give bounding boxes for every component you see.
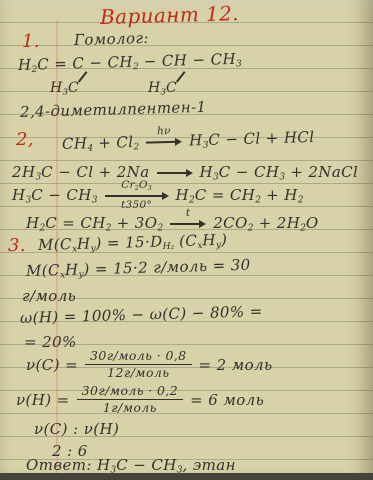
bond-slash-icon <box>176 71 185 82</box>
arrow-condition-above: t <box>186 208 191 220</box>
methyl-branch-2: H3C <box>148 80 177 96</box>
compound-name: 2,4-диметилпентен-1 <box>20 98 207 121</box>
moles-carbon-label: ν(C) = <box>26 356 78 374</box>
moles-carbon-equation: ν(C) = 30г/моль · 0,8 12г/моль = 2 моль <box>26 348 273 382</box>
arrow-condition-above: Cr2O3 <box>121 180 152 192</box>
reaction-rhs: H3C − Cl + HCl <box>189 128 315 151</box>
moles-hydrogen-label: ν(H) = <box>16 391 70 409</box>
task2-number: 2, <box>16 129 34 150</box>
moles-hydrogen-equation: ν(H) = 30г/моль · 0,2 1г/моль = 6 моль <box>16 383 264 417</box>
structural-formula-chain: H2C = C − CH2 − CH − CH3 <box>18 50 242 76</box>
fraction: 30г/моль · 0,2 1г/моль <box>77 383 184 417</box>
right-arrow-icon <box>157 169 193 177</box>
notebook-page-photo: Вариант 12. 1. Гомолог: H2C = C − CH2 − … <box>0 0 373 480</box>
moles-hydrogen-result: = 6 моль <box>190 391 264 409</box>
reaction-rhs: 2CO2 + 2H2O <box>213 214 318 234</box>
molar-mass-formula: M(CxHy) = 15·DH₂ (CxHy) <box>38 231 228 256</box>
photo-edge-shadow <box>0 473 373 480</box>
reaction-chlorination: CH4 + Cl2 hν H3C − Cl + HCl <box>62 122 315 161</box>
right-arrow-icon <box>170 220 206 228</box>
arrow-condition-above: hν <box>157 126 171 138</box>
reaction-lhs: H3C − CH3 <box>12 186 98 206</box>
reaction-arrow: hν <box>146 126 183 159</box>
fraction-denominator: 12г/моль <box>107 365 169 381</box>
methyl-branch-1: H3C <box>50 80 79 96</box>
fraction-denominator: 1г/моль <box>103 400 157 416</box>
page-title: Вариант 12. <box>100 1 240 29</box>
reaction-lhs: H2C = CH2 + 3O2 <box>26 214 163 234</box>
task1-heading: Гомолог: <box>74 29 149 49</box>
molar-mass-units: г/моль <box>22 287 76 305</box>
fraction-numerator: 30г/моль · 0,2 <box>77 383 184 400</box>
moles-carbon-result: = 2 моль <box>199 356 273 374</box>
methyl-branch-2-label: H3C <box>148 80 177 96</box>
methyl-branch-1-label: H3C <box>50 80 79 96</box>
task3-number: 3. <box>8 235 26 256</box>
reaction-rhs: H2C = CH2 + H2 <box>176 186 304 206</box>
molar-mass-calculation: M(CxHy) = 15·2 г/моль = 30 <box>26 256 251 282</box>
right-arrow-icon <box>105 192 169 200</box>
reaction-lhs: CH4 + Cl2 <box>62 133 140 155</box>
fraction-numerator: 30г/моль · 0,8 <box>85 348 192 365</box>
fraction: 30г/моль · 0,8 12г/моль <box>85 348 192 382</box>
task1-number: 1. <box>22 31 40 52</box>
right-arrow-icon <box>146 138 182 147</box>
mole-ratio-label: ν(C) : ν(H) <box>34 420 119 438</box>
